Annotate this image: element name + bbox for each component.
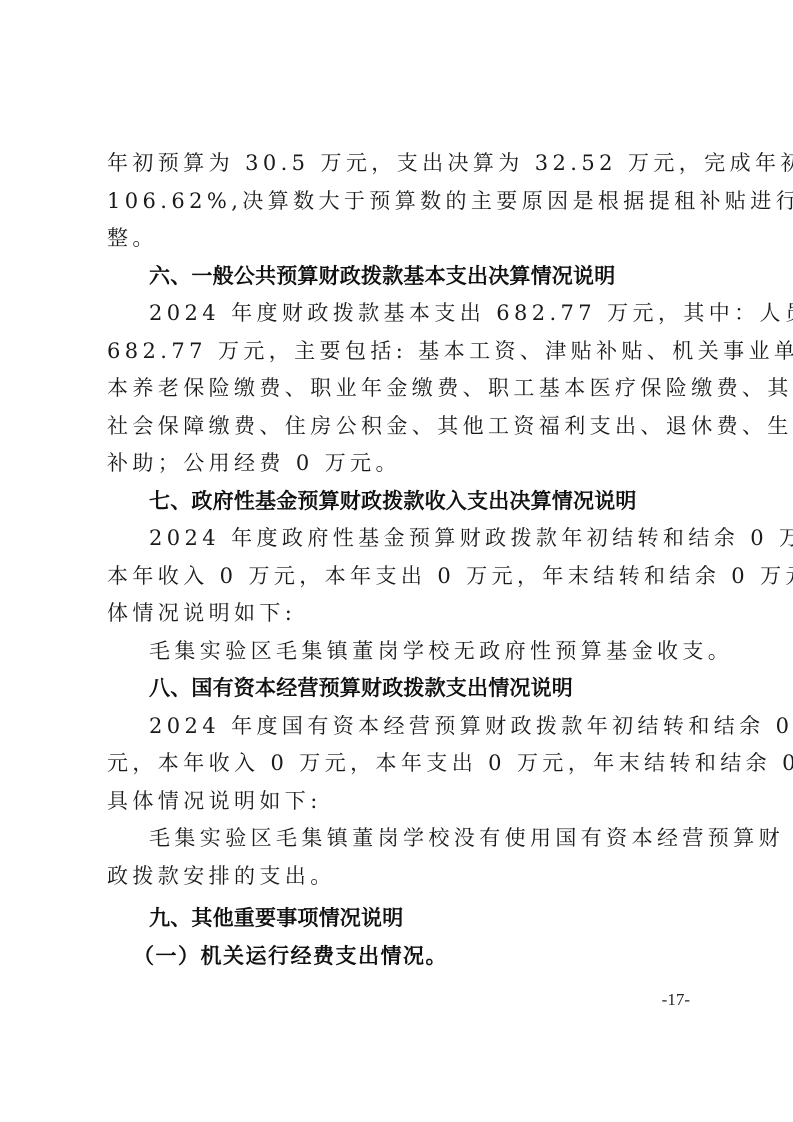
- paragraph-line: 补助；公用经费 0 万元。: [107, 445, 689, 483]
- section-paragraph: 2024 年度国有资本经营预算财政拨款年初结转和结余 0 万 元，本年收入 0 …: [107, 708, 689, 821]
- section-paragraph: 2024 年度财政拨款基本支出 682.77 万元，其中：人员经费 682.77…: [107, 295, 689, 483]
- paragraph-line: 毛集实验区毛集镇董岗学校没有使用国有资本经营预算财: [107, 820, 689, 858]
- section-8: 八、国有资本经营预算财政拨款支出情况说明 2024 年度国有资本经营预算财政拨款…: [107, 670, 689, 895]
- page-content: 年初预算为 30.5 万元，支出决算为 32.52 万元，完成年初预算的 106…: [107, 145, 689, 975]
- section-9: 九、其他重要事项情况说明 （一）机关运行经费支出情况。: [107, 900, 689, 975]
- paragraph-line: 体情况说明如下:: [107, 595, 689, 633]
- section-6: 六、一般公共预算财政拨款基本支出决算情况说明 2024 年度财政拨款基本支出 6…: [107, 258, 689, 483]
- paragraph-line: 整。: [107, 220, 689, 258]
- section-heading: 六、一般公共预算财政拨款基本支出决算情况说明: [107, 258, 689, 296]
- paragraph-line: 106.62%,决算数大于预算数的主要原因是根据提租补贴进行了调: [107, 183, 689, 221]
- paragraph-line: 本养老保险缴费、职业年金缴费、职工基本医疗保险缴费、其他: [107, 370, 689, 408]
- paragraph-line: 具体情况说明如下:: [107, 783, 689, 821]
- section-paragraph: 毛集实验区毛集镇董岗学校没有使用国有资本经营预算财 政拨款安排的支出。: [107, 820, 689, 895]
- paragraph-line: 682.77 万元，主要包括: 基本工资、津贴补贴、机关事业单位基: [107, 333, 689, 371]
- paragraph-line: 元，本年收入 0 万元，本年支出 0 万元，年末结转和结余 0 万元。: [107, 745, 689, 783]
- page-number: -17-: [662, 990, 690, 1010]
- paragraph-line: 2024 年度国有资本经营预算财政拨款年初结转和结余 0 万: [107, 708, 689, 746]
- section-7: 七、政府性基金预算财政拨款收入支出决算情况说明 2024 年度政府性基金预算财政…: [107, 483, 689, 671]
- paragraph-line: 2024 年度政府性基金预算财政拨款年初结转和结余 0 万元，: [107, 520, 689, 558]
- subsection-heading: （一）机关运行经费支出情况。: [107, 938, 689, 976]
- section-paragraph: 毛集实验区毛集镇董岗学校无政府性预算基金收支。: [107, 633, 689, 671]
- paragraph-line: 政拨款安排的支出。: [107, 858, 689, 896]
- document-page: 年初预算为 30.5 万元，支出决算为 32.52 万元，完成年初预算的 106…: [0, 0, 793, 1122]
- section-paragraph: 2024 年度政府性基金预算财政拨款年初结转和结余 0 万元， 本年收入 0 万…: [107, 520, 689, 633]
- paragraph-line: 年初预算为 30.5 万元，支出决算为 32.52 万元，完成年初预算的: [107, 145, 689, 183]
- section-heading: 七、政府性基金预算财政拨款收入支出决算情况说明: [107, 483, 689, 521]
- section-heading: 九、其他重要事项情况说明: [107, 900, 689, 938]
- paragraph-line: 社会保障缴费、住房公积金、其他工资福利支出、退休费、生活: [107, 408, 689, 446]
- intro-paragraph: 年初预算为 30.5 万元，支出决算为 32.52 万元，完成年初预算的 106…: [107, 145, 689, 258]
- paragraph-line: 毛集实验区毛集镇董岗学校无政府性预算基金收支。: [107, 633, 689, 671]
- paragraph-line: 2024 年度财政拨款基本支出 682.77 万元，其中：人员经费: [107, 295, 689, 333]
- section-heading: 八、国有资本经营预算财政拨款支出情况说明: [107, 670, 689, 708]
- paragraph-line: 本年收入 0 万元，本年支出 0 万元，年末结转和结余 0 万元。具: [107, 558, 689, 596]
